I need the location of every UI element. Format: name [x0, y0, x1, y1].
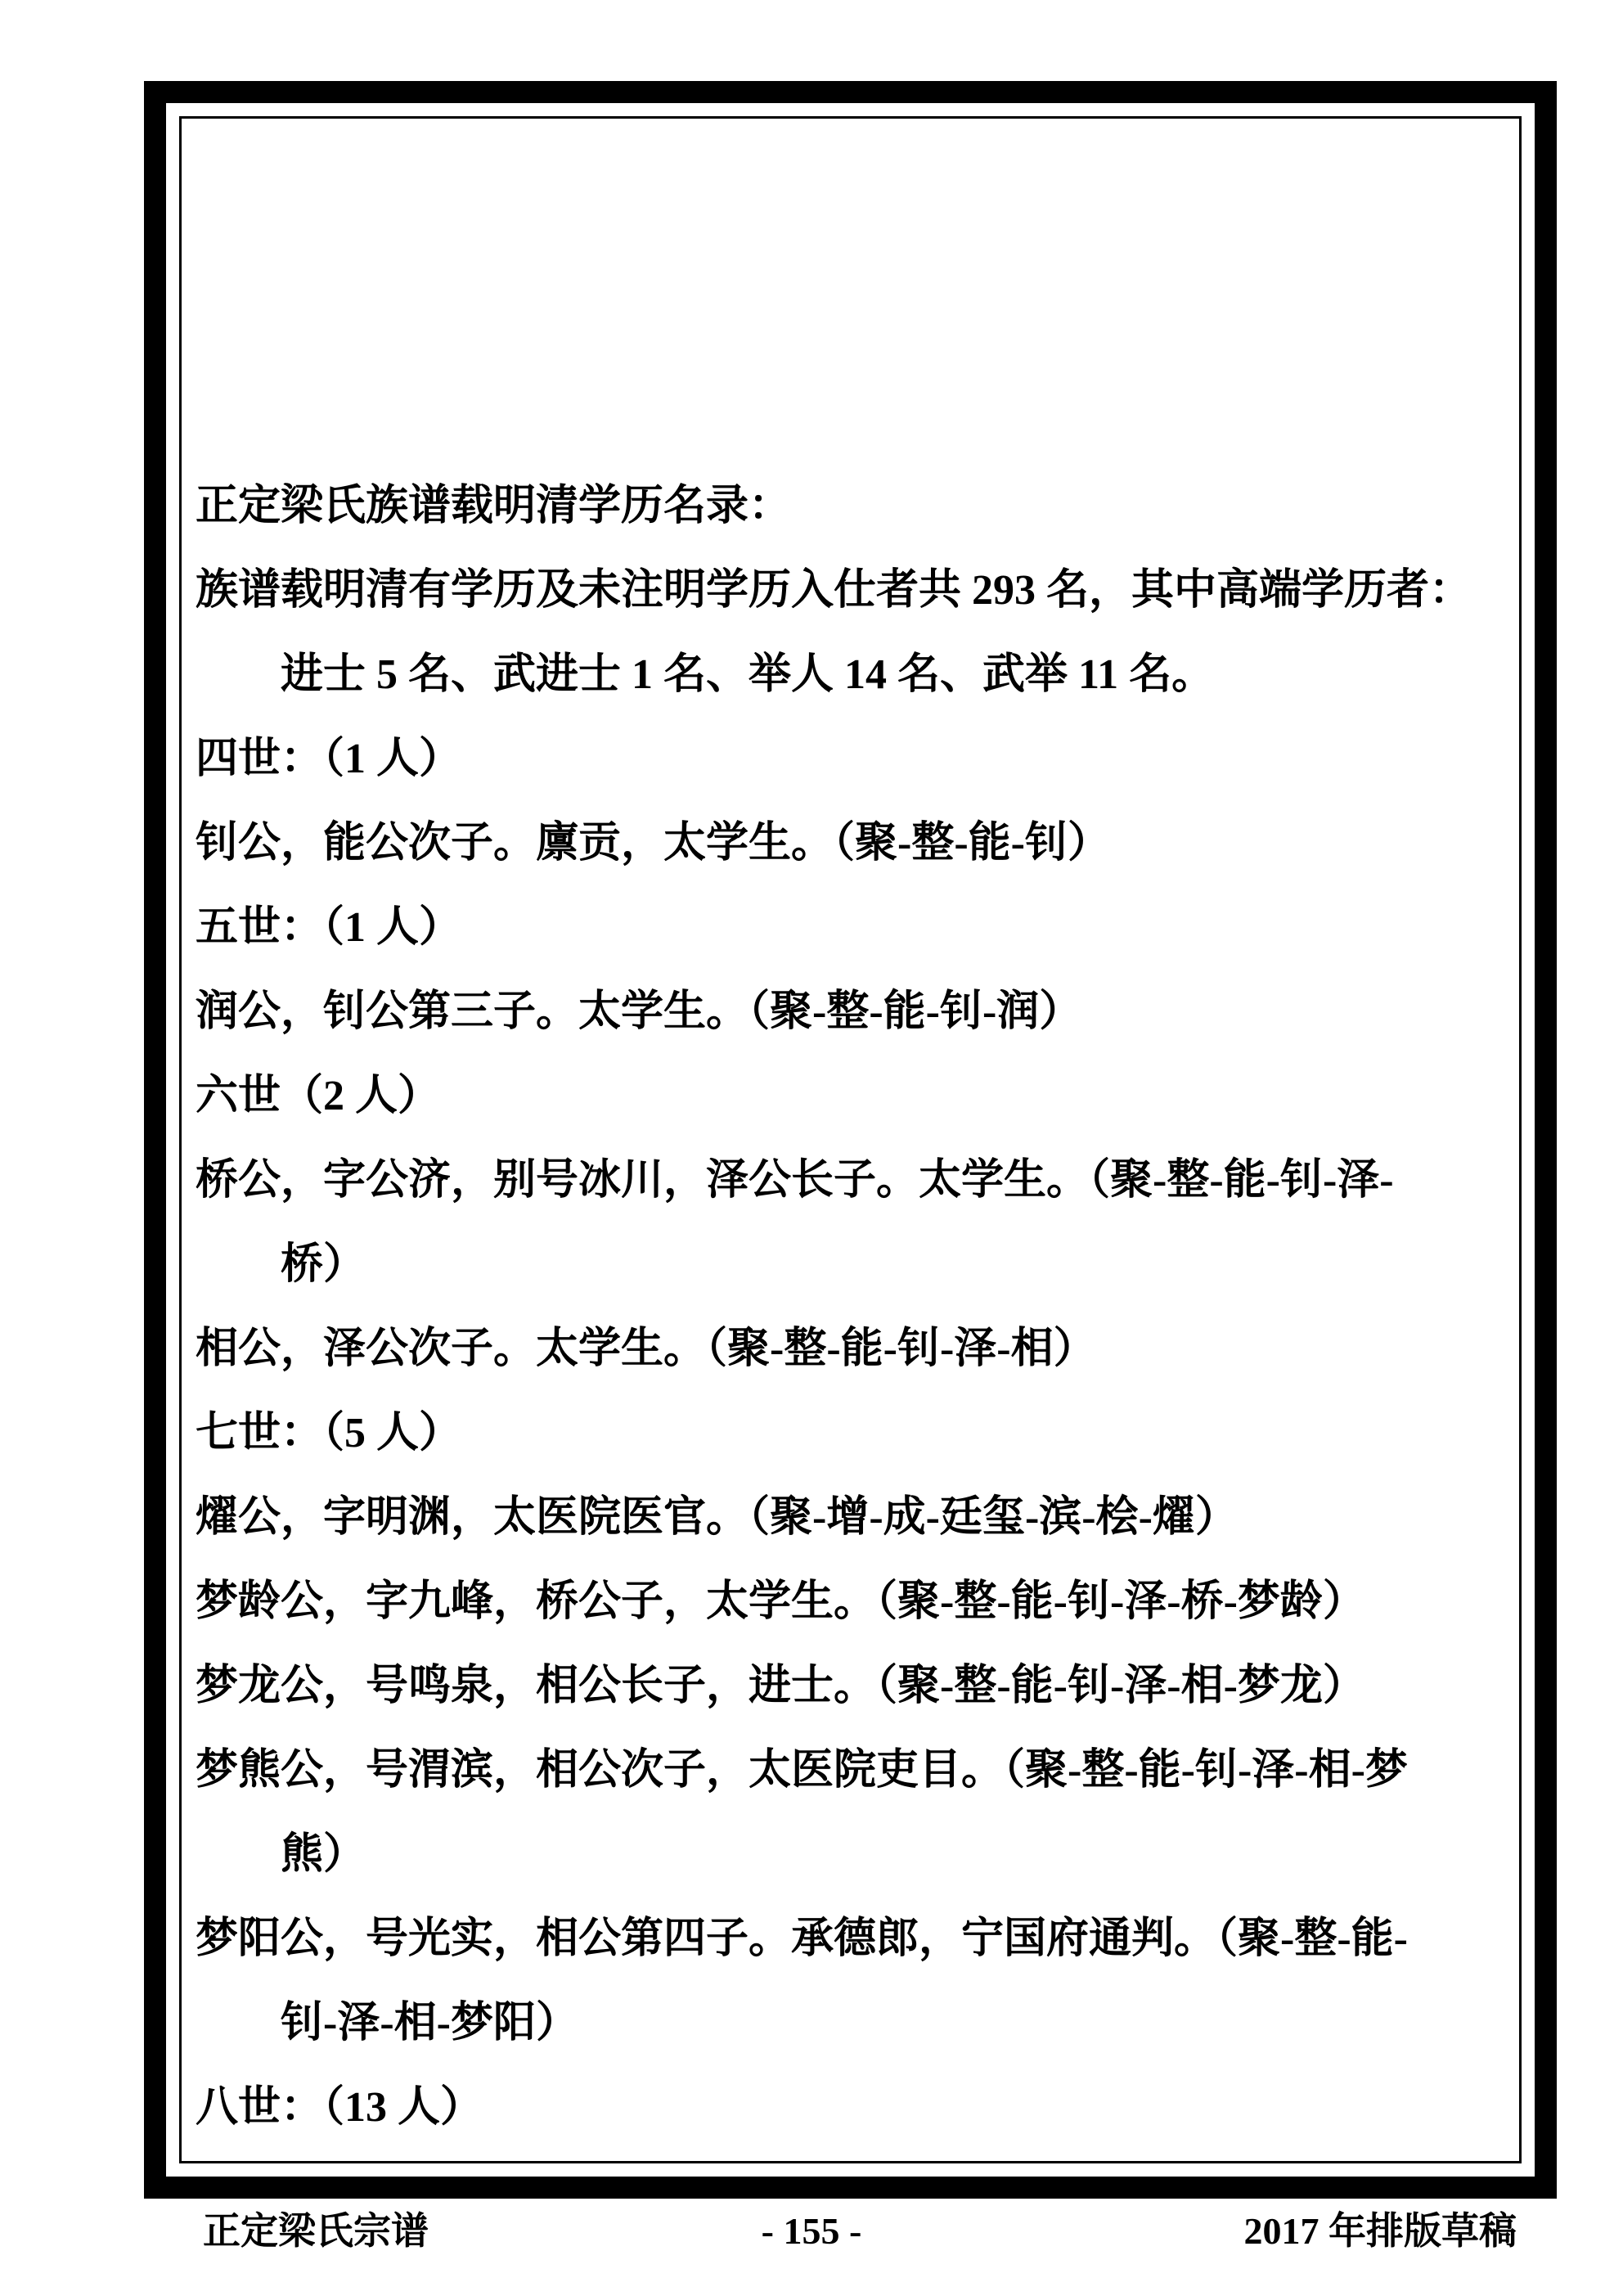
- text-line: 梦熊公，号渭滨，相公次子，太医院吏目。（聚-整-能-钊-泽-相-梦: [196, 1728, 1517, 1812]
- page-border-frame: 正定梁氏族谱载明清学历名录： 族谱载明清有学历及未注明学历入仕者共 293 名，…: [144, 81, 1557, 2199]
- document-page: { "document": { "lines": [ "正定梁氏族谱载明清学历名…: [0, 0, 1623, 2296]
- text-line: 润公，钊公第三子。太学生。（聚-整-能-钊-润）: [196, 970, 1517, 1054]
- text-line-continuation: 钊-泽-相-梦阳）: [196, 1981, 1517, 2065]
- text-line: 桥公，字公济，别号冰川，泽公长子。太学生。（聚-整-能-钊-泽-: [196, 1138, 1517, 1222]
- page-footer: 正定梁氏宗谱 - 155 - 2017 年排版草稿: [0, 2203, 1623, 2260]
- text-line: 梦阳公，号光实，相公第四子。承德郎，宁国府通判。（聚-整-能-: [196, 1897, 1517, 1981]
- generation-heading: 八世：（13 人）: [196, 2065, 1517, 2150]
- document-body-text: 正定梁氏族谱载明清学历名录： 族谱载明清有学历及未注明学历入仕者共 293 名，…: [196, 464, 1517, 2150]
- inner-border-rule: 正定梁氏族谱载明清学历名录： 族谱载明清有学历及未注明学历入仕者共 293 名，…: [179, 116, 1522, 2163]
- text-line: 梦龄公，字九峰，桥公子，太学生。（聚-整-能-钊-泽-桥-梦龄）: [196, 1560, 1517, 1644]
- text-line: 进士 5 名、武进士 1 名、举人 14 名、武举 11 名。: [196, 633, 1517, 717]
- text-line: 燿公，字明渊，太医院医官。（聚-增-成-廷玺-滨-桧-燿）: [196, 1475, 1517, 1560]
- text-line: 相公，泽公次子。太学生。（聚-整-能-钊-泽-相）: [196, 1307, 1517, 1391]
- text-line-continuation: 熊）: [196, 1812, 1517, 1897]
- text-line-continuation: 桥）: [196, 1222, 1517, 1307]
- generation-heading: 五世：（1 人）: [196, 885, 1517, 970]
- generation-heading: 四世：（1 人）: [196, 717, 1517, 801]
- text-line: 钊公，能公次子。廪贡，太学生。（聚-整-能-钊）: [196, 801, 1517, 885]
- document-title: 正定梁氏族谱载明清学历名录：: [196, 464, 1517, 548]
- generation-heading: 七世：（5 人）: [196, 1391, 1517, 1475]
- footer-edition-note: 2017 年排版草稿: [1244, 2203, 1517, 2260]
- text-line: 族谱载明清有学历及未注明学历入仕者共 293 名，其中高端学历者：: [196, 548, 1517, 633]
- text-line: 梦龙公，号鸣泉，相公长子，进士。（聚-整-能-钊-泽-相-梦龙）: [196, 1644, 1517, 1728]
- generation-heading: 六世（2 人）: [196, 1054, 1517, 1138]
